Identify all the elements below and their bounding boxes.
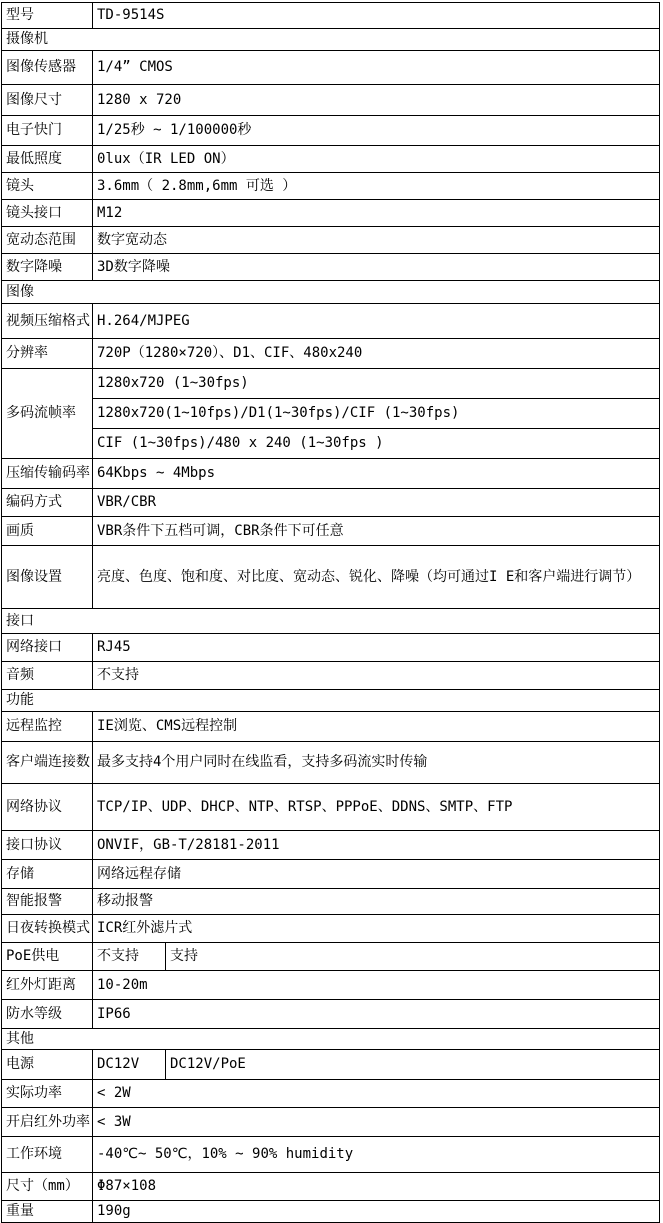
spec-row-bitrate: 压缩传输码率 64Kbps ~ 4Mbps — [2, 459, 660, 489]
spec-row-multistream: 多码流帧率 1280x720 (1~30fps) — [2, 369, 660, 399]
spec-value-poe-yes: 支持 — [166, 943, 660, 971]
spec-row-waterproof: 防水等级 IP66 — [2, 1000, 660, 1029]
spec-value-model: TD-9514S — [93, 3, 660, 29]
spec-label-lens: 镜头 — [2, 173, 93, 200]
spec-value-image-size: 1280 x 720 — [93, 85, 660, 116]
spec-value-ir-power: < 3W — [93, 1108, 660, 1137]
spec-label-resolution: 分辨率 — [2, 339, 93, 369]
spec-value-day-night: ICR红外滤片式 — [93, 915, 660, 943]
spec-label-quality: 画质 — [2, 517, 93, 546]
spec-label-waterproof: 防水等级 — [2, 1000, 93, 1029]
section-title-other: 其他 — [2, 1029, 660, 1050]
spec-row-ir-power: 开启红外功率 < 3W — [2, 1108, 660, 1137]
spec-value-audio: 不支持 — [93, 662, 660, 690]
spec-row-weight: 重量 190g — [2, 1201, 660, 1223]
spec-row-network-protocols: 网络协议 TCP/IP、UDP、DHCP、NTP、RTSP、PPPoE、DDNS… — [2, 784, 660, 831]
spec-label-smart-alarm: 智能报警 — [2, 889, 93, 915]
spec-row-interface-protocol: 接口协议 ONVIF，GB-T/28181-2011 — [2, 831, 660, 860]
spec-row-multistream-2: 1280x720(1~10fps)/D1(1~30fps)/CIF (1~30f… — [2, 399, 660, 429]
spec-label-min-illumination: 最低照度 — [2, 146, 93, 173]
spec-value-storage: 网络远程存储 — [93, 860, 660, 889]
section-row-function: 功能 — [2, 690, 660, 712]
spec-row-environment: 工作环境 -40℃~ 50℃，10% ~ 90% humidity — [2, 1137, 660, 1173]
section-title-image: 图像 — [2, 281, 660, 304]
spec-label-ir-distance: 红外灯距离 — [2, 971, 93, 1000]
spec-row-audio: 音频 不支持 — [2, 662, 660, 690]
spec-label-network-port: 网络接口 — [2, 634, 93, 662]
spec-label-image-size: 图像尺寸 — [2, 85, 93, 116]
spec-label-dimensions: 尺寸（mm） — [2, 1173, 93, 1201]
spec-value-lens: 3.6mm（ 2.8mm,6mm 可选 ） — [93, 173, 660, 200]
spec-label-storage: 存储 — [2, 860, 93, 889]
spec-value-multistream-1: 1280x720 (1~30fps) — [93, 369, 660, 399]
spec-value-network-port: RJ45 — [93, 634, 660, 662]
spec-value-client-connections: 最多支持4个用户同时在线监看，支持多码流实时传输 — [93, 742, 660, 784]
spec-value-wdr: 数字宽动态 — [93, 227, 660, 254]
spec-value-bitrate: 64Kbps ~ 4Mbps — [93, 459, 660, 489]
spec-label-image-settings: 图像设置 — [2, 546, 93, 609]
spec-value-dnr: 3D数字降噪 — [93, 254, 660, 281]
spec-value-power-poe: DC12V/PoE — [166, 1050, 660, 1080]
spec-value-smart-alarm: 移动报警 — [93, 889, 660, 915]
section-row-interface: 接口 — [2, 609, 660, 634]
spec-table: 型号 TD-9514S 摄像机 图像传感器 1/4” CMOS 图像尺寸 128… — [1, 2, 660, 1223]
spec-value-multistream-2: 1280x720(1~10fps)/D1(1~30fps)/CIF (1~30f… — [93, 399, 660, 429]
spec-label-ir-power: 开启红外功率 — [2, 1108, 93, 1137]
spec-label-weight: 重量 — [2, 1201, 93, 1223]
spec-value-waterproof: IP66 — [93, 1000, 660, 1029]
spec-row-network-port: 网络接口 RJ45 — [2, 634, 660, 662]
spec-value-environment: -40℃~ 50℃，10% ~ 90% humidity — [93, 1137, 660, 1173]
spec-value-encoding: VBR/CBR — [93, 489, 660, 517]
spec-label-model: 型号 — [2, 3, 93, 29]
spec-value-power-dc: DC12V — [93, 1050, 166, 1080]
section-row-other: 其他 — [2, 1029, 660, 1050]
spec-label-environment: 工作环境 — [2, 1137, 93, 1173]
spec-row-multistream-3: CIF (1~30fps)/480 x 240 (1~30fps ) — [2, 429, 660, 459]
spec-value-compression: H.264/MJPEG — [93, 304, 660, 339]
spec-value-actual-power: < 2W — [93, 1080, 660, 1108]
spec-row-lens: 镜头 3.6mm（ 2.8mm,6mm 可选 ） — [2, 173, 660, 200]
spec-value-ir-distance: 10-20m — [93, 971, 660, 1000]
spec-value-poe-no: 不支持 — [93, 943, 166, 971]
spec-label-remote-monitor: 远程监控 — [2, 712, 93, 742]
spec-value-image-settings: 亮度、色度、饱和度、对比度、宽动态、锐化、降噪（均可通过I E和客户端进行调节） — [93, 546, 660, 609]
section-row-camera: 摄像机 — [2, 29, 660, 51]
spec-label-bitrate: 压缩传输码率 — [2, 459, 93, 489]
spec-label-interface-protocol: 接口协议 — [2, 831, 93, 860]
spec-label-client-connections: 客户端连接数 — [2, 742, 93, 784]
spec-label-dnr: 数字降噪 — [2, 254, 93, 281]
spec-label-lens-mount: 镜头接口 — [2, 200, 93, 227]
spec-label-poe: PoE供电 — [2, 943, 93, 971]
spec-row-lens-mount: 镜头接口 M12 — [2, 200, 660, 227]
spec-row-quality: 画质 VBR条件下五档可调，CBR条件下可任意 — [2, 517, 660, 546]
spec-row-day-night: 日夜转换模式 ICR红外滤片式 — [2, 915, 660, 943]
spec-row-sensor: 图像传感器 1/4” CMOS — [2, 51, 660, 85]
spec-value-min-illumination: 0lux（IR LED ON） — [93, 146, 660, 173]
spec-row-min-illumination: 最低照度 0lux（IR LED ON） — [2, 146, 660, 173]
spec-value-quality: VBR条件下五档可调，CBR条件下可任意 — [93, 517, 660, 546]
spec-label-power: 电源 — [2, 1050, 93, 1080]
spec-row-storage: 存储 网络远程存储 — [2, 860, 660, 889]
spec-row-encoding: 编码方式 VBR/CBR — [2, 489, 660, 517]
spec-value-lens-mount: M12 — [93, 200, 660, 227]
spec-row-shutter: 电子快门 1/25秒 ~ 1/100000秒 — [2, 116, 660, 146]
spec-row-actual-power: 实际功率 < 2W — [2, 1080, 660, 1108]
spec-row-dimensions: 尺寸（mm） Φ87×108 — [2, 1173, 660, 1201]
spec-row-image-size: 图像尺寸 1280 x 720 — [2, 85, 660, 116]
spec-value-dimensions: Φ87×108 — [93, 1173, 660, 1201]
spec-row-remote-monitor: 远程监控 IE浏览、CMS远程控制 — [2, 712, 660, 742]
section-title-interface: 接口 — [2, 609, 660, 634]
spec-value-weight: 190g — [93, 1201, 660, 1223]
spec-value-sensor: 1/4” CMOS — [93, 51, 660, 85]
spec-value-interface-protocol: ONVIF，GB-T/28181-2011 — [93, 831, 660, 860]
spec-label-encoding: 编码方式 — [2, 489, 93, 517]
spec-value-shutter: 1/25秒 ~ 1/100000秒 — [93, 116, 660, 146]
spec-label-actual-power: 实际功率 — [2, 1080, 93, 1108]
spec-label-sensor: 图像传感器 — [2, 51, 93, 85]
spec-row-compression: 视频压缩格式 H.264/MJPEG — [2, 304, 660, 339]
spec-row-wdr: 宽动态范围 数字宽动态 — [2, 227, 660, 254]
spec-label-audio: 音频 — [2, 662, 93, 690]
spec-label-network-protocols: 网络协议 — [2, 784, 93, 831]
spec-label-wdr: 宽动态范围 — [2, 227, 93, 254]
spec-label-multistream: 多码流帧率 — [2, 369, 93, 459]
spec-row-poe: PoE供电 不支持 支持 — [2, 943, 660, 971]
spec-value-remote-monitor: IE浏览、CMS远程控制 — [93, 712, 660, 742]
spec-row-ir-distance: 红外灯距离 10-20m — [2, 971, 660, 1000]
section-row-image: 图像 — [2, 281, 660, 304]
spec-value-network-protocols: TCP/IP、UDP、DHCP、NTP、RTSP、PPPoE、DDNS、SMTP… — [93, 784, 660, 831]
spec-row-resolution: 分辨率 720P（1280×720）、D1、CIF、480x240 — [2, 339, 660, 369]
spec-label-shutter: 电子快门 — [2, 116, 93, 146]
section-title-function: 功能 — [2, 690, 660, 712]
spec-value-resolution: 720P（1280×720）、D1、CIF、480x240 — [93, 339, 660, 369]
spec-value-multistream-3: CIF (1~30fps)/480 x 240 (1~30fps ) — [93, 429, 660, 459]
spec-row-power: 电源 DC12V DC12V/PoE — [2, 1050, 660, 1080]
spec-row-client-connections: 客户端连接数 最多支持4个用户同时在线监看，支持多码流实时传输 — [2, 742, 660, 784]
spec-row-image-settings: 图像设置 亮度、色度、饱和度、对比度、宽动态、锐化、降噪（均可通过I E和客户端… — [2, 546, 660, 609]
section-title-camera: 摄像机 — [2, 29, 660, 51]
spec-row-model: 型号 TD-9514S — [2, 3, 660, 29]
spec-row-dnr: 数字降噪 3D数字降噪 — [2, 254, 660, 281]
spec-row-smart-alarm: 智能报警 移动报警 — [2, 889, 660, 915]
spec-label-compression: 视频压缩格式 — [2, 304, 93, 339]
spec-label-day-night: 日夜转换模式 — [2, 915, 93, 943]
